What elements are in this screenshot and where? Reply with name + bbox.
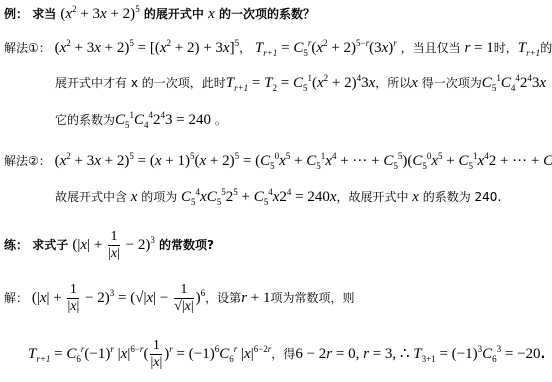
method2-line2: 故展开式中含 x 的项为 C54xC5525 + C54x24 = 240x，故… (55, 189, 501, 205)
example-end: 的一次项的系数？ (219, 7, 315, 21)
method1-line1: 解法①： (x2 + 3x + 2)5 = [(x2 + 2) + 3x]5， … (4, 40, 552, 56)
practice-end: 的常数项? (159, 238, 214, 252)
method2-label: 解法②： (4, 154, 51, 168)
example-label: 例： (4, 7, 28, 21)
example-var: x (208, 6, 215, 22)
solution-result: ∴ T3+1 = (−1)3C63 = −20 (400, 346, 541, 362)
solution-expr2: Tr+1 = C6r(−1)r |x|6−r(1|x|)r = (−1)6C6r… (28, 346, 271, 362)
solution-label: 解： (4, 291, 28, 305)
solution-text1: ，设第 (205, 291, 241, 305)
method2-text3: ，故展开式中 (337, 190, 409, 204)
method1-expr1: (x2 + 3x + 2)5 = [(x2 + 2) + 3x]5 (55, 40, 240, 56)
method1-var: x (411, 75, 418, 91)
solution-r: r + 1 (241, 290, 270, 306)
method2-text1: 故展开式中含 (55, 190, 127, 204)
solution-eq: 6 − 2r = 0, r = 3, (295, 346, 396, 362)
method1-expr3: C51C44243x (482, 75, 546, 91)
example-prefix: 求当 (32, 7, 56, 21)
method2-text4: 的系数为 240. (423, 190, 502, 204)
method1-result: C51C44243 = 240 (115, 112, 211, 128)
example-suffix: 的展开式中 (144, 7, 204, 21)
method1-r: r = 1 (464, 40, 493, 56)
solution-line2: Tr+1 = C6r(−1)r |x|6−r(1|x|)r = (−1)6C6r… (28, 337, 545, 371)
method1-cond: ，当且仅当 (401, 41, 461, 55)
method1-term2: Tr+1 (518, 40, 540, 56)
practice-question: 练： 求式子 (|x| + 1|x| − 2)3 的常数项? (4, 228, 214, 262)
method1-expr2: Tr+1 = T2 = C51(x2 + 2)43x (226, 75, 376, 91)
method1-text4: 它的系数为 (55, 113, 115, 127)
practice-label: 练： (4, 238, 28, 252)
method1-line3: 它的系数为C51C44243 = 240 。 (55, 112, 227, 128)
method1-end: 的 (540, 41, 552, 55)
method2-expr2: C54xC5525 + C54x24 = 240x (181, 189, 337, 205)
method2-var: x (127, 189, 141, 205)
method1-term: Tr+1 = C5r(x2 + 2)5−r(3x)r (255, 40, 397, 56)
solution-text2: 项为常数项，则 (271, 291, 355, 305)
method1-when: 时， (494, 41, 518, 55)
solution-text3: ，得 (271, 347, 295, 361)
practice-expr: (|x| + 1|x| − 2)3 (72, 237, 154, 253)
example-question: 例： 求当 (x2 + 3x + 2)5 的展开式中 x 的一次项的系数？ (4, 6, 315, 22)
method1-text2: ，所以 (375, 76, 411, 90)
method1-label: 解法①： (4, 41, 51, 55)
solution-expr1: (|x| + 1|x| − 2)3 = (√|x| − 1√|x|)6 (32, 290, 205, 306)
method1-text3: 得一次项为 (422, 76, 482, 90)
method1-line2: 展开式中才有 x 的一次项，此时Tr+1 = T2 = C51(x2 + 2)4… (55, 75, 546, 91)
method2-text2: 的项为 (141, 190, 177, 204)
method1-end-mark: 。 (215, 113, 227, 127)
method2-line1: 解法②： (x2 + 3x + 2)5 = (x + 1)5(x + 2)5 =… (4, 153, 552, 169)
example-expr: (x2 + 3x + 2)5 (60, 6, 139, 22)
method1-text1: 展开式中才有 x 的一次项，此时 (55, 76, 226, 90)
solution-end: . (541, 347, 546, 361)
method2-var2: x (409, 189, 423, 205)
solution-line1: 解： (|x| + 1|x| − 2)3 = (√|x| − 1√|x|)6，设… (4, 281, 355, 315)
practice-prefix: 求式子 (32, 238, 68, 252)
method2-expr1: (x2 + 3x + 2)5 = (x + 1)5(x + 2)5 = (C50… (55, 153, 552, 169)
